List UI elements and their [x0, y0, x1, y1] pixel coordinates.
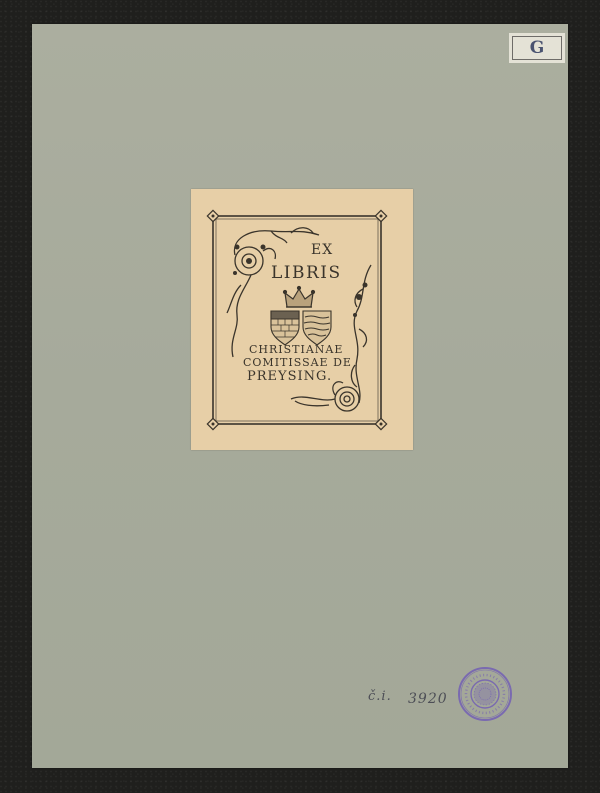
inventory-number: 3920 [408, 691, 448, 707]
mount-sheet: G [32, 24, 568, 768]
bookplate: EX LIBRIS CHRISTIANAE COMITISSAE DE PREY… [191, 189, 413, 450]
inventory-prefix: č.i. [368, 689, 392, 704]
bookplate-owner-line3: PREYSING. [247, 369, 332, 384]
shelf-label: G [509, 33, 565, 63]
bookplate-libris-text: LIBRIS [271, 263, 342, 283]
bookplate-owner-line1: CHRISTIANAE [249, 343, 343, 356]
library-stamp-icon [457, 666, 513, 722]
bookplate-ornament-icon [191, 189, 413, 450]
shelf-label-text: G [512, 36, 562, 60]
bookplate-ex-text: EX [311, 242, 333, 258]
bookplate-owner-line2: COMITISSAE DE [243, 356, 352, 369]
